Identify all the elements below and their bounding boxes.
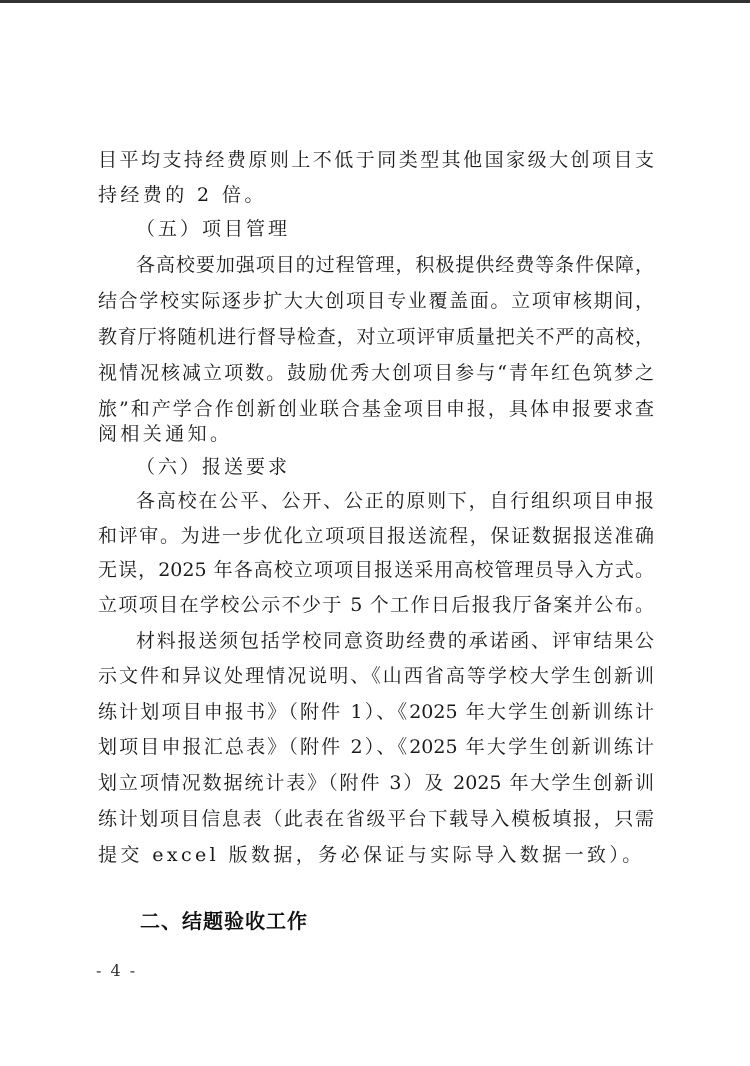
paragraph-line: 提交 excel 版数据，务必保证与实际导入数据一致）。 (98, 843, 645, 867)
paragraph-line: 结合学校实际逐步扩大大创项目专业覆盖面。立项审核期间， (98, 289, 654, 313)
paragraph-line: 和评审。为进一步优化立项项目报送流程，保证数据报送准确 (98, 524, 654, 548)
paragraph-line: 材料报送须包括学校同意资助经费的承诺函、评审结果公 (136, 629, 654, 653)
paragraph-line: 教育厅将随机进行督导检查，对立项评审质量把关不严的高校， (98, 325, 654, 349)
paragraph-line: 立项项目在学校公示不少于 5 个工作日后报我厅备案并公布。 (98, 593, 654, 617)
paragraph-line: 持经费的 2 倍。 (98, 183, 267, 207)
paragraph-line: 练计划项目信息表（此表在省级平台下载导入模板填报，只需 (98, 807, 654, 831)
paragraph-line: 阅相关通知。 (98, 422, 232, 446)
paragraph-line: 视情况核减立项数。鼓励优秀大创项目参与“青年红色筑梦之 (98, 361, 654, 385)
sub-heading-submission-requirements: （六）报送要求 (136, 455, 290, 479)
paragraph-line: 各高校在公平、公开、公正的原则下，自行组织项目申报 (136, 489, 654, 513)
paragraph-line: 无误，2025 年各高校立项项目报送采用高校管理员导入方式。 (98, 558, 654, 582)
paragraph-line: 示文件和异议处理情况说明、《山西省高等学校大学生创新训 (98, 664, 654, 688)
page-number: - 4 - (96, 961, 137, 980)
paragraph-line: 各高校要加强项目的过程管理，积极提供经费等条件保障， (136, 253, 654, 277)
paragraph-line: 目平均支持经费原则上不低于同类型其他国家级大创项目支 (98, 148, 654, 172)
document-page: 目平均支持经费原则上不低于同类型其他国家级大创项目支 持经费的 2 倍。 （五）… (0, 3, 750, 1066)
paragraph-line: 练计划项目申报书》（附件 1）、《2025 年大学生创新训练计 (98, 700, 654, 724)
paragraph-line: 划项目申报汇总表》（附件 2）、《2025 年大学生创新训练计 (98, 735, 654, 759)
paragraph-line: 划立项情况数据统计表》（附件 3）及 2025 年大学生创新训 (98, 771, 654, 795)
paragraph-line: 旅”和产学合作创新创业联合基金项目申报，具体申报要求查 (98, 397, 654, 421)
section-heading-completion-acceptance: 二、结题验收工作 (140, 905, 308, 934)
sub-heading-project-management: （五）项目管理 (136, 217, 290, 241)
